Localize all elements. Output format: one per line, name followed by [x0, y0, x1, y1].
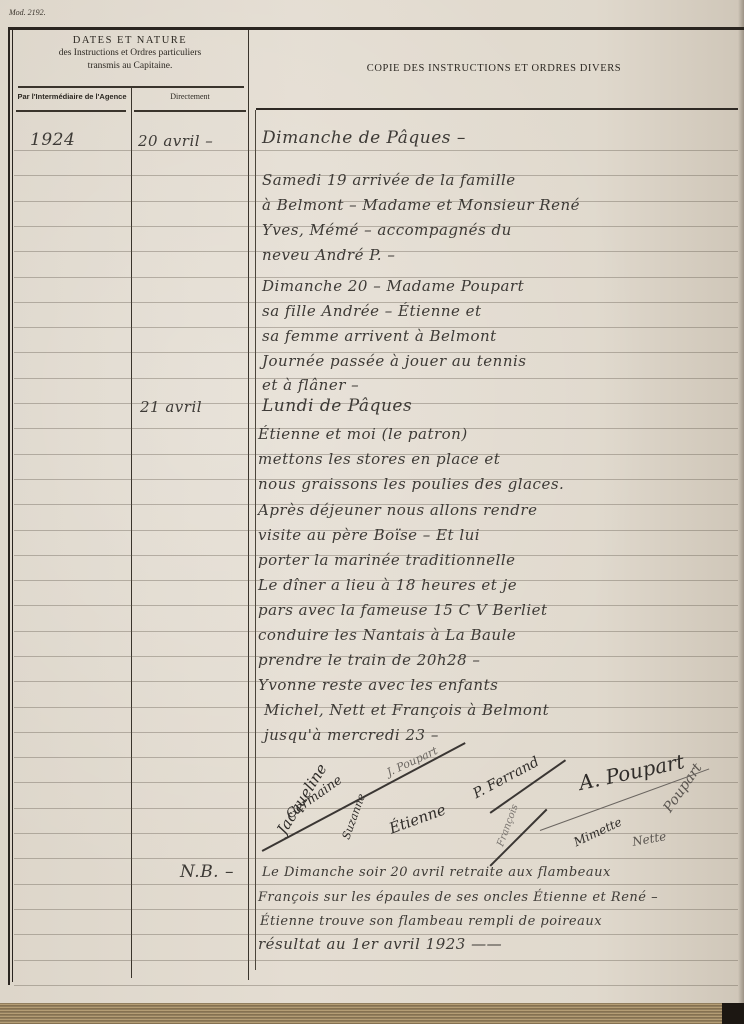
column-divider-agency	[131, 88, 132, 978]
header-copie-instructions: COPIE DES INSTRUCTIONS ET ORDRES DIVERS	[252, 63, 736, 74]
form-code: Mod. 2192.	[9, 8, 46, 17]
note-line: Le Dimanche soir 20 avril retraite aux f…	[262, 865, 611, 889]
header-dates-nature: DATES ET NATURE des Instructions et Ordr…	[14, 34, 246, 73]
column-divider-direct	[248, 30, 249, 980]
entry-line: pars avec la fameuse 15 C V Berliet	[258, 601, 548, 625]
entry-line: neveu André P. –	[262, 246, 395, 270]
header-subtitle-2: transmis au Capitaine.	[14, 60, 246, 73]
entry-line: Journée passée à jouer au tennis	[262, 352, 526, 376]
entry-line: mettons les stores en place et	[258, 450, 500, 474]
entry-title-lundi-paques: Lundi de Pâques	[262, 396, 412, 416]
entry-date-21-avril: 21 avril	[140, 398, 202, 416]
column-divider-margin	[255, 110, 256, 970]
entry-line: à Belmont – Madame et Monsieur René	[262, 196, 580, 220]
book-binding	[0, 1003, 744, 1024]
entry-line: Yves, Mémé – accompagnés du	[262, 221, 512, 245]
entry-title-dimanche-paques: Dimanche de Pâques –	[262, 128, 466, 148]
entry-year: 1924	[30, 130, 75, 150]
entry-line: Yvonne reste avec les enfants	[258, 676, 498, 700]
entry-line: visite au père Boïse – Et lui	[258, 526, 480, 550]
entry-line: Après déjeuner nous allons rendre	[258, 501, 537, 525]
entry-line: Le dîner a lieu à 18 heures et je	[258, 576, 517, 600]
column-header-agency: Par l'Intermédiaire de l'Agence	[14, 92, 130, 101]
book-binding-corner	[722, 1003, 744, 1024]
header-title: DATES ET NATURE	[14, 34, 246, 47]
entry-line: sa fille Andrée – Étienne et	[262, 302, 482, 326]
header-rule	[18, 86, 244, 88]
column-header-direct-rule	[134, 110, 246, 112]
column-header-agency-rule	[16, 110, 126, 112]
entry-line: nous graissons les poulies des glaces.	[258, 475, 564, 499]
entry-line: jusqu'à mercredi 23 –	[264, 726, 439, 750]
entry-line: sa femme arrivent à Belmont	[262, 327, 497, 351]
note-line: François sur les épaules de ses oncles É…	[258, 890, 658, 914]
entry-date-20-avril: 20 avril –	[138, 132, 213, 150]
note-label: N.B. –	[180, 862, 234, 882]
entry-line: Étienne et moi (le patron)	[258, 425, 468, 449]
entry-line: Michel, Nett et François à Belmont	[264, 701, 549, 725]
entry-line: porter la marinée traditionnelle	[258, 551, 516, 575]
column-header-direct: Directement	[133, 92, 247, 101]
entry-line: Dimanche 20 – Madame Poupart	[262, 277, 524, 301]
frame-inner-border	[12, 30, 13, 982]
header-subtitle-1: des Instructions et Ordres particuliers	[14, 47, 246, 60]
entry-line: Samedi 19 arrivée de la famille	[262, 171, 516, 195]
header-right-rule	[256, 108, 738, 110]
entry-line: prendre le train de 20h28 –	[258, 651, 480, 675]
entry-line: conduire les Nantais à La Baule	[258, 626, 516, 650]
note-line: résultat au 1er avril 1923 ——	[258, 935, 502, 959]
